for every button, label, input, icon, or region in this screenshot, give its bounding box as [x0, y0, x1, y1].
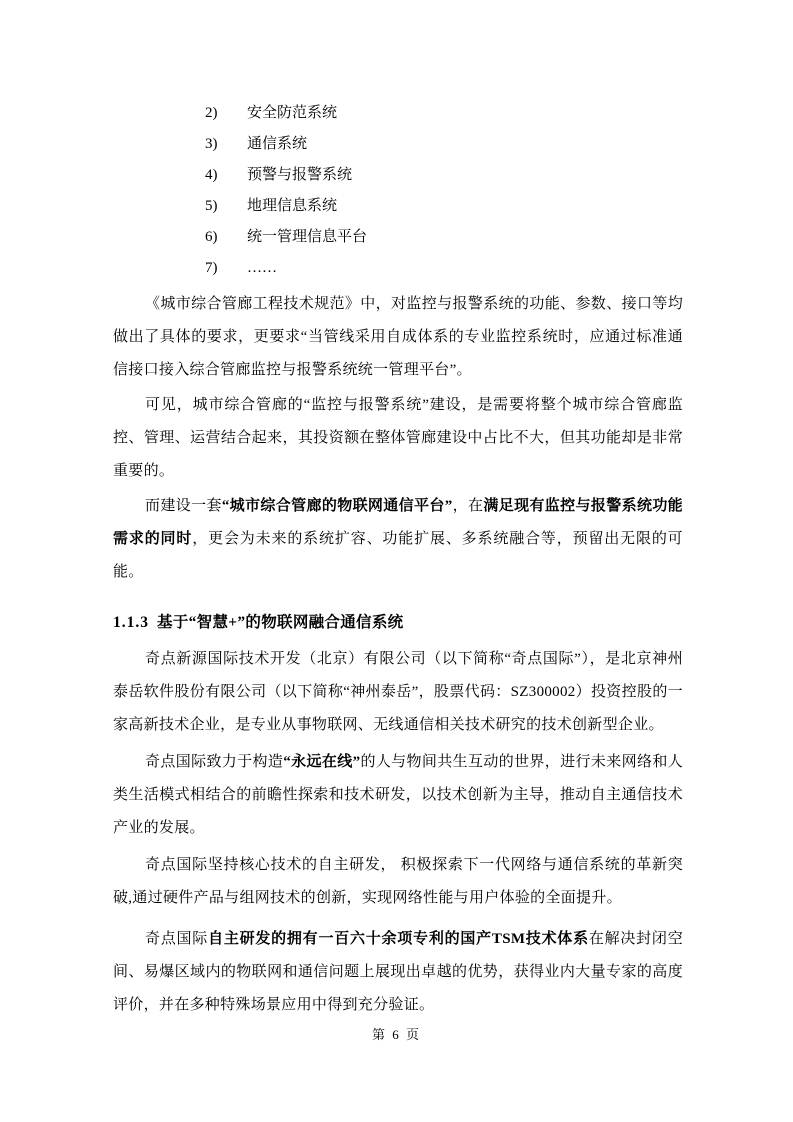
- list-item-text: 安全防范系统: [247, 105, 337, 121]
- list-item-text: 预警与报警系统: [247, 167, 352, 183]
- list-item: 4)预警与报警系统: [205, 160, 683, 191]
- paragraph-spec-requirements: 《城市综合管廊工程技术规范》中，对监控与报警系统的功能、参数、接口等均做出了具体…: [113, 288, 683, 387]
- document-page: 2)安全防范系统 3)通信系统 4)预警与报警系统 5)地理信息系统 6)统一管…: [0, 0, 793, 1122]
- numbered-list: 2)安全防范系统 3)通信系统 4)预警与报警系统 5)地理信息系统 6)统一管…: [205, 98, 683, 284]
- list-item: 7)……: [205, 253, 683, 284]
- list-item: 2)安全防范系统: [205, 98, 683, 129]
- text-run-bold: 自主研发的拥有一百六十余项专利的国产TSM技术体系: [208, 931, 589, 947]
- section-heading-number: 1.1.3: [113, 614, 149, 631]
- list-item: 3)通信系统: [205, 129, 683, 160]
- section-heading: 1.1.3基于“智慧+”的物联网融合通信系统: [113, 611, 683, 635]
- list-item-marker: 7): [205, 253, 247, 284]
- text-run: 奇点国际致力于构造: [145, 754, 283, 770]
- list-item-marker: 2): [205, 98, 247, 129]
- paragraph-always-online: 奇点国际致力于构造“永远在线”的人与物间共生互动的世界，进行未来网络和人类生活模…: [113, 746, 683, 845]
- paragraph-iot-platform: 而建设一套“城市综合管廊的物联网通信平台”，在满足现有监控与报警系统功能需求的同…: [113, 490, 683, 589]
- page-number: 第 6 页: [372, 1027, 421, 1042]
- text-run-bold: “城市综合管廊的物联网通信平台”: [222, 498, 453, 514]
- text-run: 而建设一套: [145, 498, 222, 514]
- list-item-marker: 5): [205, 191, 247, 222]
- text-run-bold: “永远在线”: [283, 754, 360, 770]
- paragraph-tsm-technology: 奇点国际自主研发的拥有一百六十余项专利的国产TSM技术体系在解决封闭空间、易爆区…: [113, 923, 683, 1022]
- text-run: ，更会为未来的系统扩容、功能扩展、多系统融合等，预留出无限的可能。: [113, 531, 683, 580]
- list-item: 6)统一管理信息平台: [205, 222, 683, 253]
- list-item-text: 地理信息系统: [247, 198, 337, 214]
- list-item-text: 统一管理信息平台: [247, 229, 367, 245]
- list-item-marker: 6): [205, 222, 247, 253]
- text-run: ，在: [453, 498, 484, 514]
- list-item-text: 通信系统: [247, 136, 307, 152]
- paragraph-rd-innovation: 奇点国际坚持核心技术的自主研发， 积极探索下一代网络与通信系统的革新突破,通过硬…: [113, 849, 683, 915]
- page-footer: 第 6 页: [0, 1024, 793, 1043]
- paragraph-monitoring-importance: 可见，城市综合管廊的“监控与报警系统”建设，是需要将整个城市综合管廊监控、管理、…: [113, 389, 683, 488]
- list-item-marker: 4): [205, 160, 247, 191]
- list-item-marker: 3): [205, 129, 247, 160]
- list-item-text: ……: [247, 260, 277, 276]
- paragraph-company-intro: 奇点新源国际技术开发（北京）有限公司（以下简称“奇点国际”），是北京神州泰岳软件…: [113, 643, 683, 742]
- document-content: 2)安全防范系统 3)通信系统 4)预警与报警系统 5)地理信息系统 6)统一管…: [113, 98, 683, 1022]
- list-item: 5)地理信息系统: [205, 191, 683, 222]
- section-heading-title: 基于“智慧+”的物联网融合通信系统: [157, 614, 403, 631]
- text-run: 奇点国际: [145, 931, 208, 947]
